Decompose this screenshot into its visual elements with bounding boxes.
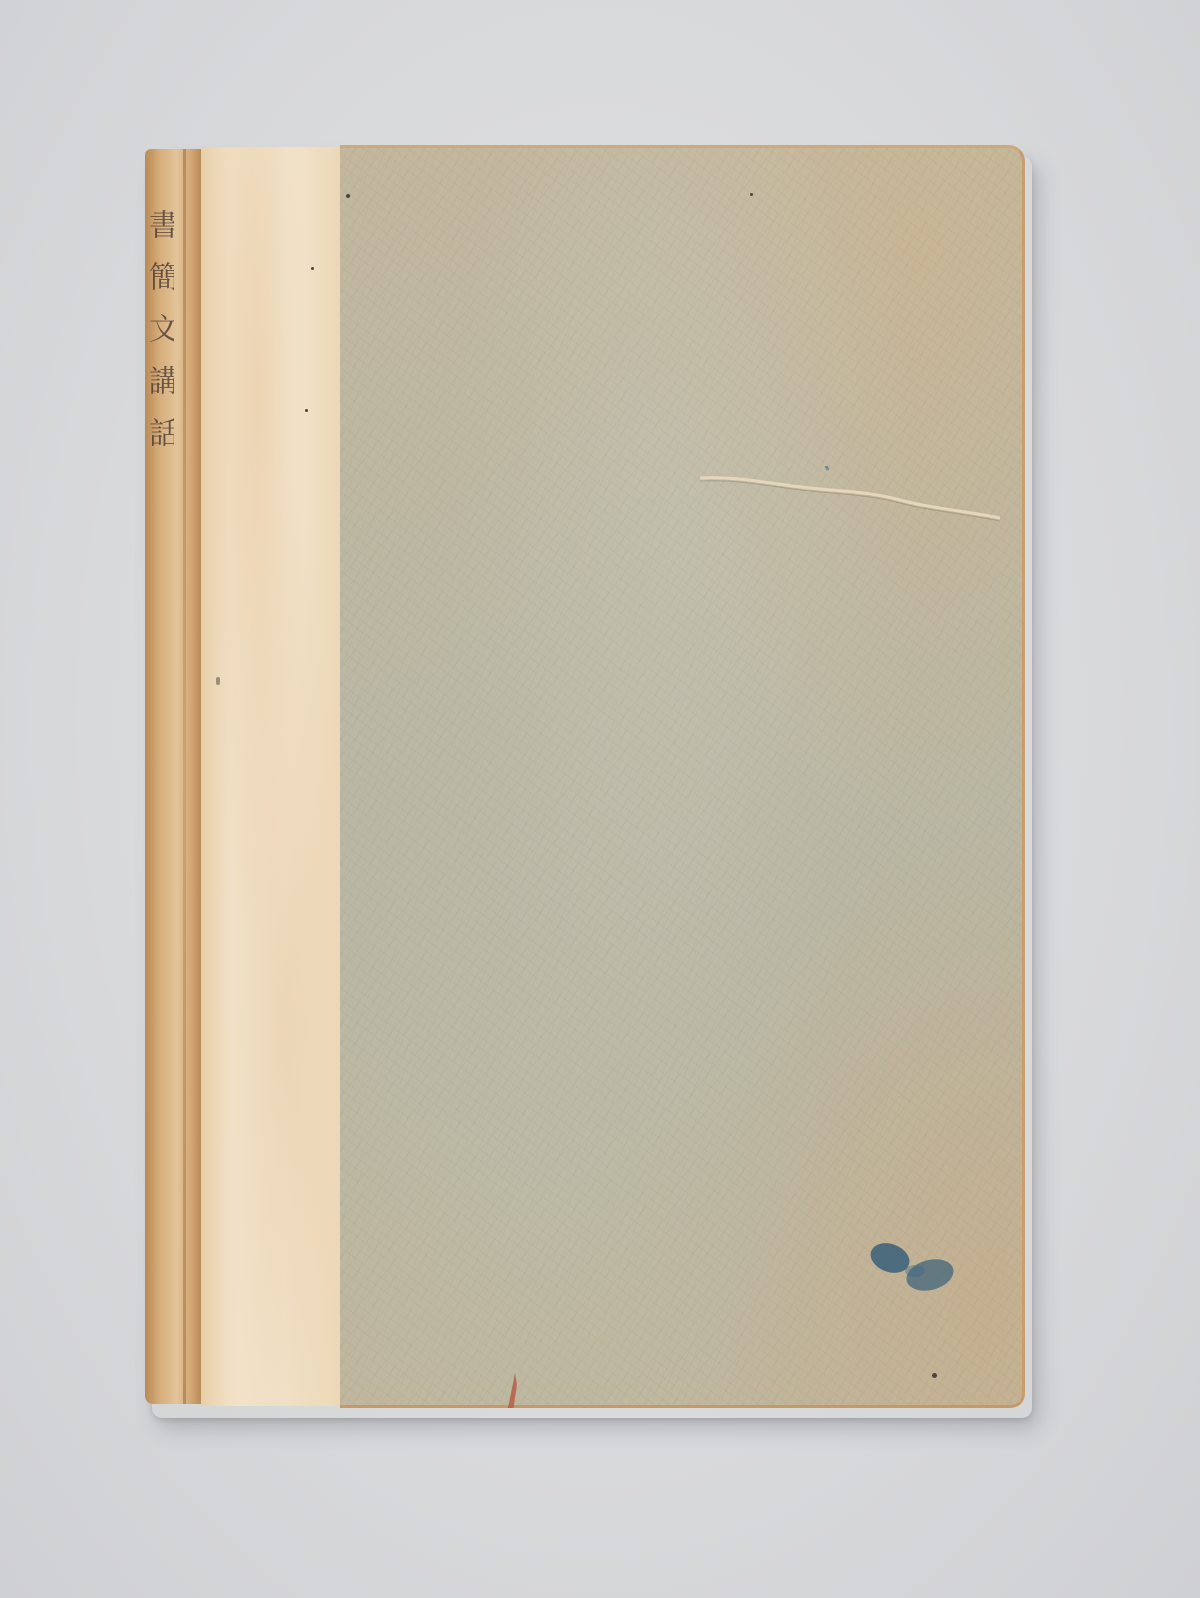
cover-speck — [750, 193, 753, 196]
paper-smudge — [216, 677, 220, 685]
paper-speck — [305, 409, 308, 412]
cover-crack — [700, 466, 1000, 526]
photo-scene: 書簡文講話 — [0, 0, 1200, 1598]
marbled-texture — [340, 148, 1022, 1405]
book-spine: 書簡文講話 — [145, 149, 203, 1404]
paper-spine-strip — [201, 147, 342, 1406]
book: 書簡文講話 — [145, 145, 1025, 1408]
blue-ink-stain — [860, 1233, 970, 1303]
red-scuff-mark — [505, 1373, 519, 1408]
cover-speck — [346, 194, 350, 198]
cover-board — [340, 145, 1025, 1408]
spine-title: 書簡文講話 — [146, 209, 174, 769]
paper-speck — [311, 267, 314, 270]
cover-speck — [932, 1373, 937, 1378]
